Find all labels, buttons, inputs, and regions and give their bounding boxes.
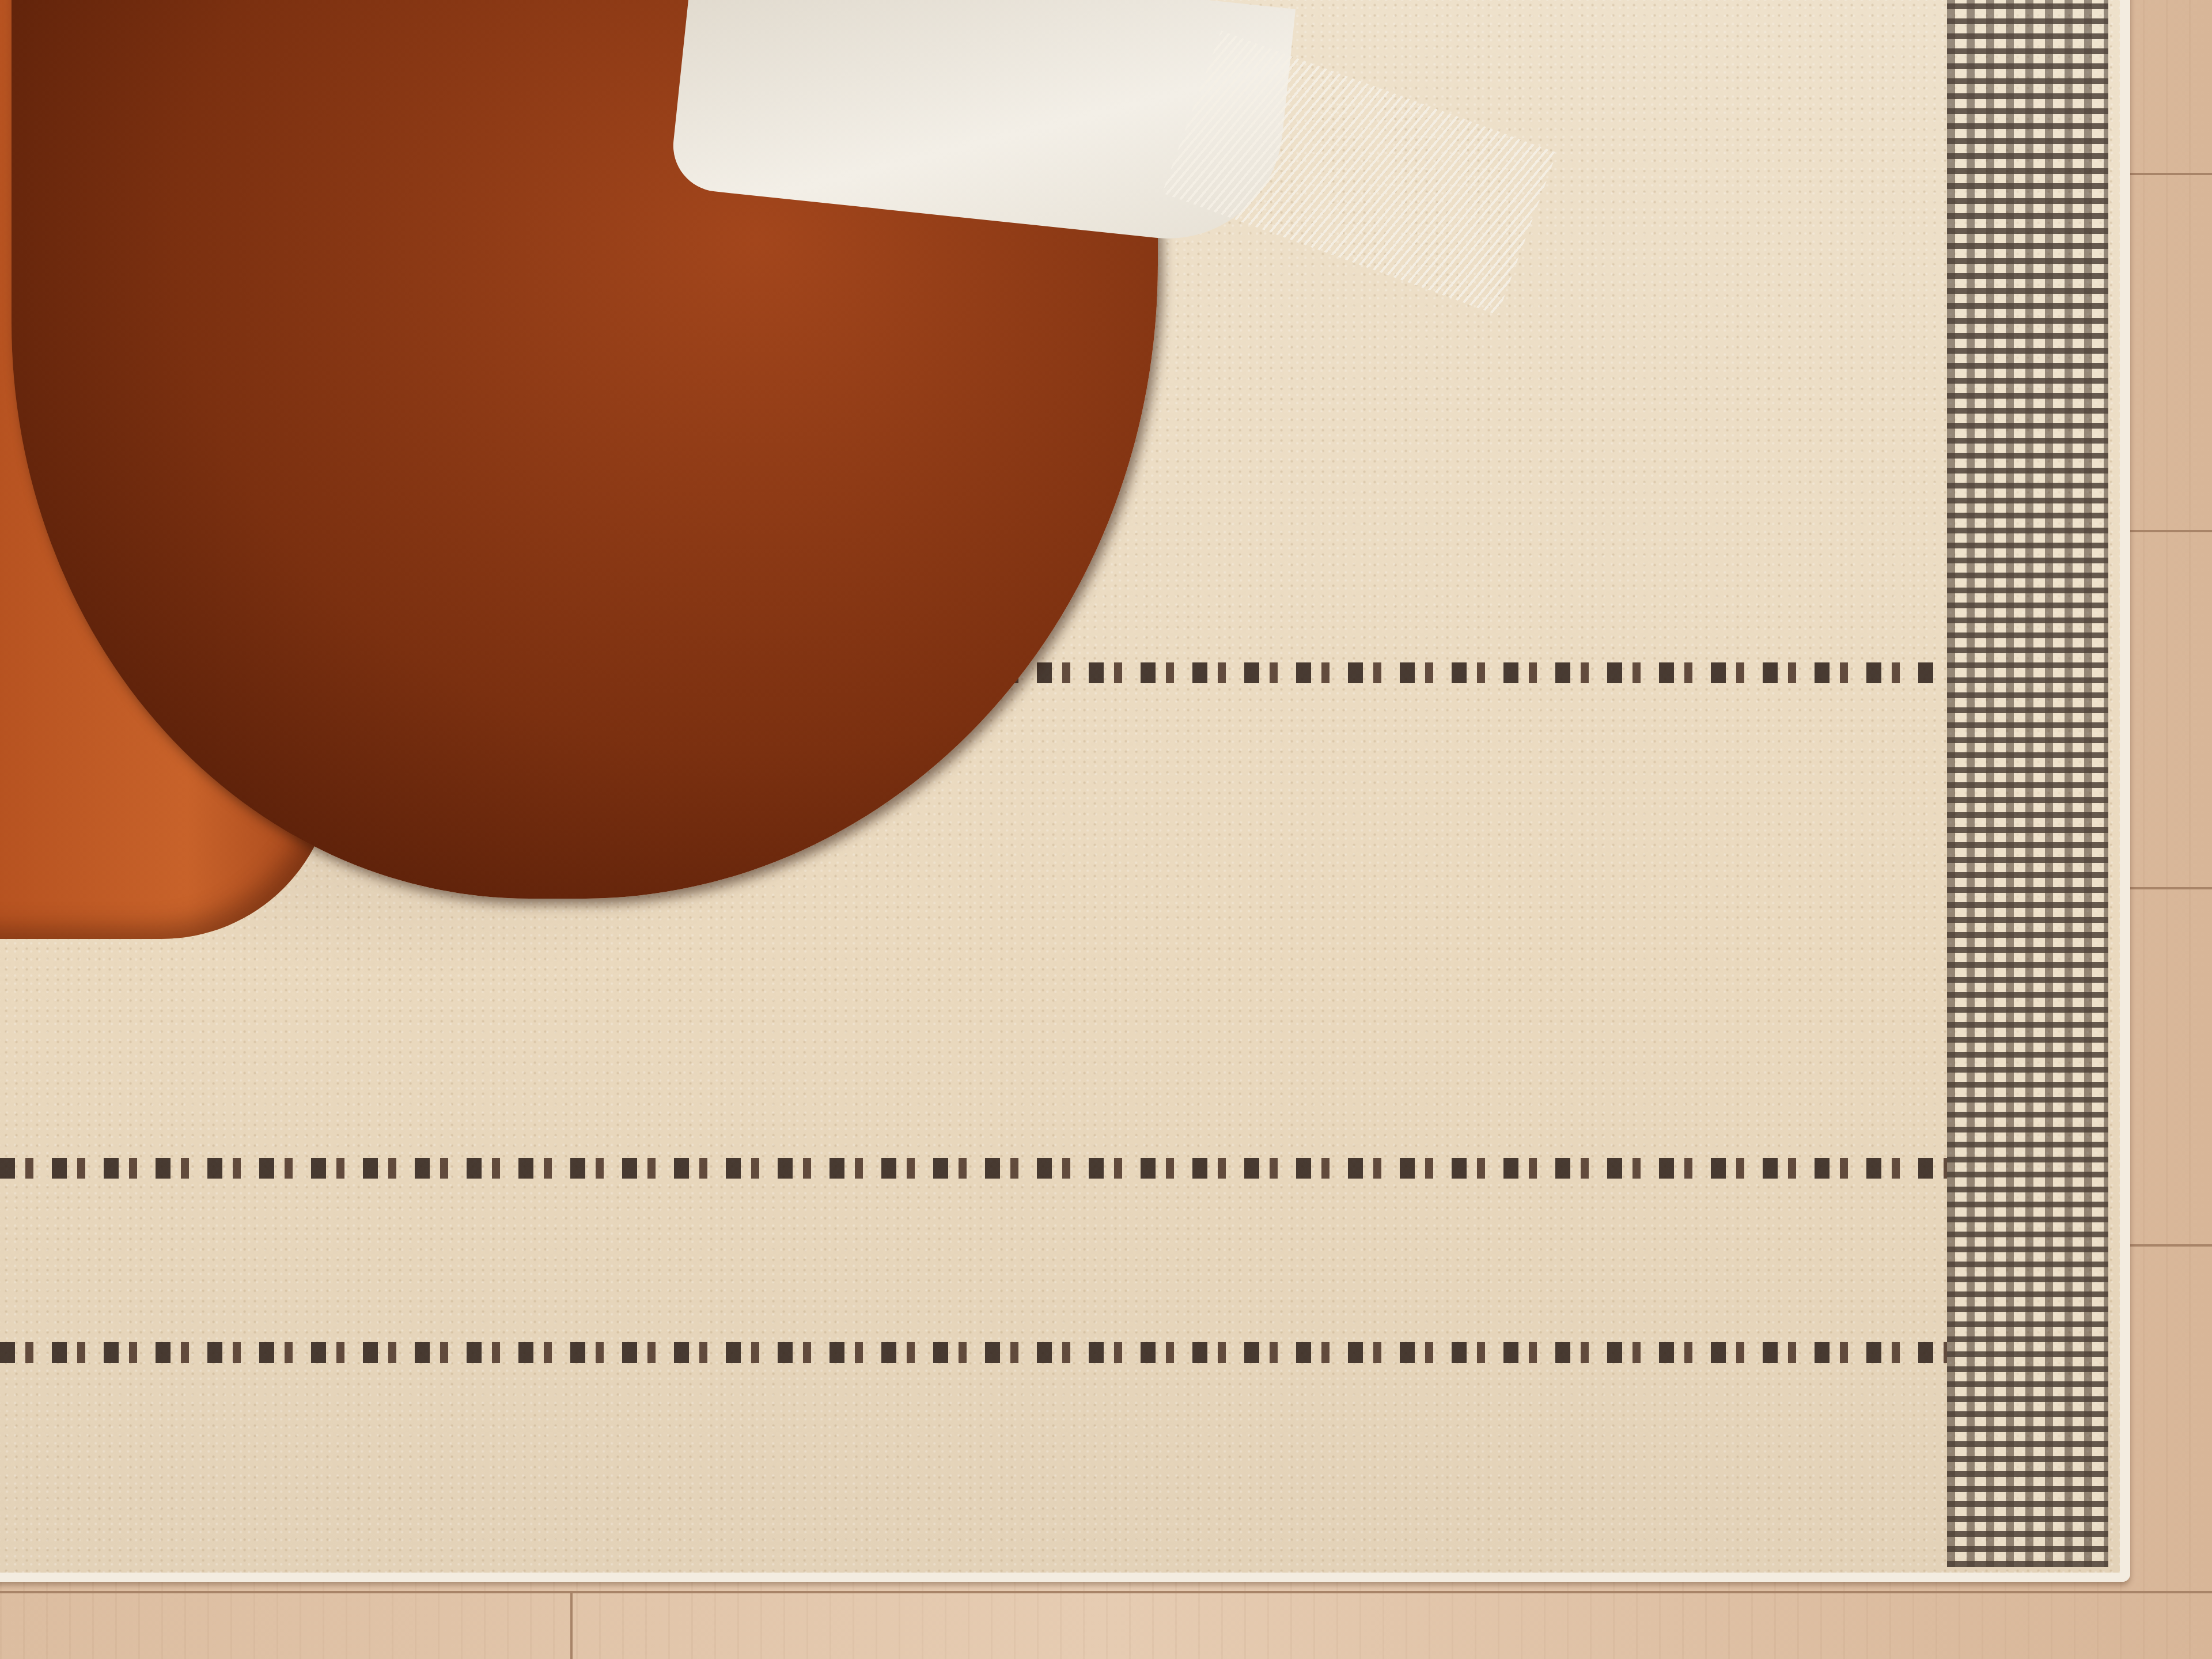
floor-plank-seam [0, 1591, 2212, 1593]
floor-plank-seam [2120, 887, 2212, 889]
rug-speckled-border [1947, 0, 2108, 1567]
floor-plank-seam [2120, 530, 2212, 532]
floor-plank-seam [2120, 1244, 2212, 1247]
floor-plank-seam [570, 1591, 573, 1659]
rug-stripe [0, 1342, 1947, 1363]
rug-stripe [0, 1158, 1947, 1179]
floor-plank-seam [2120, 173, 2212, 175]
